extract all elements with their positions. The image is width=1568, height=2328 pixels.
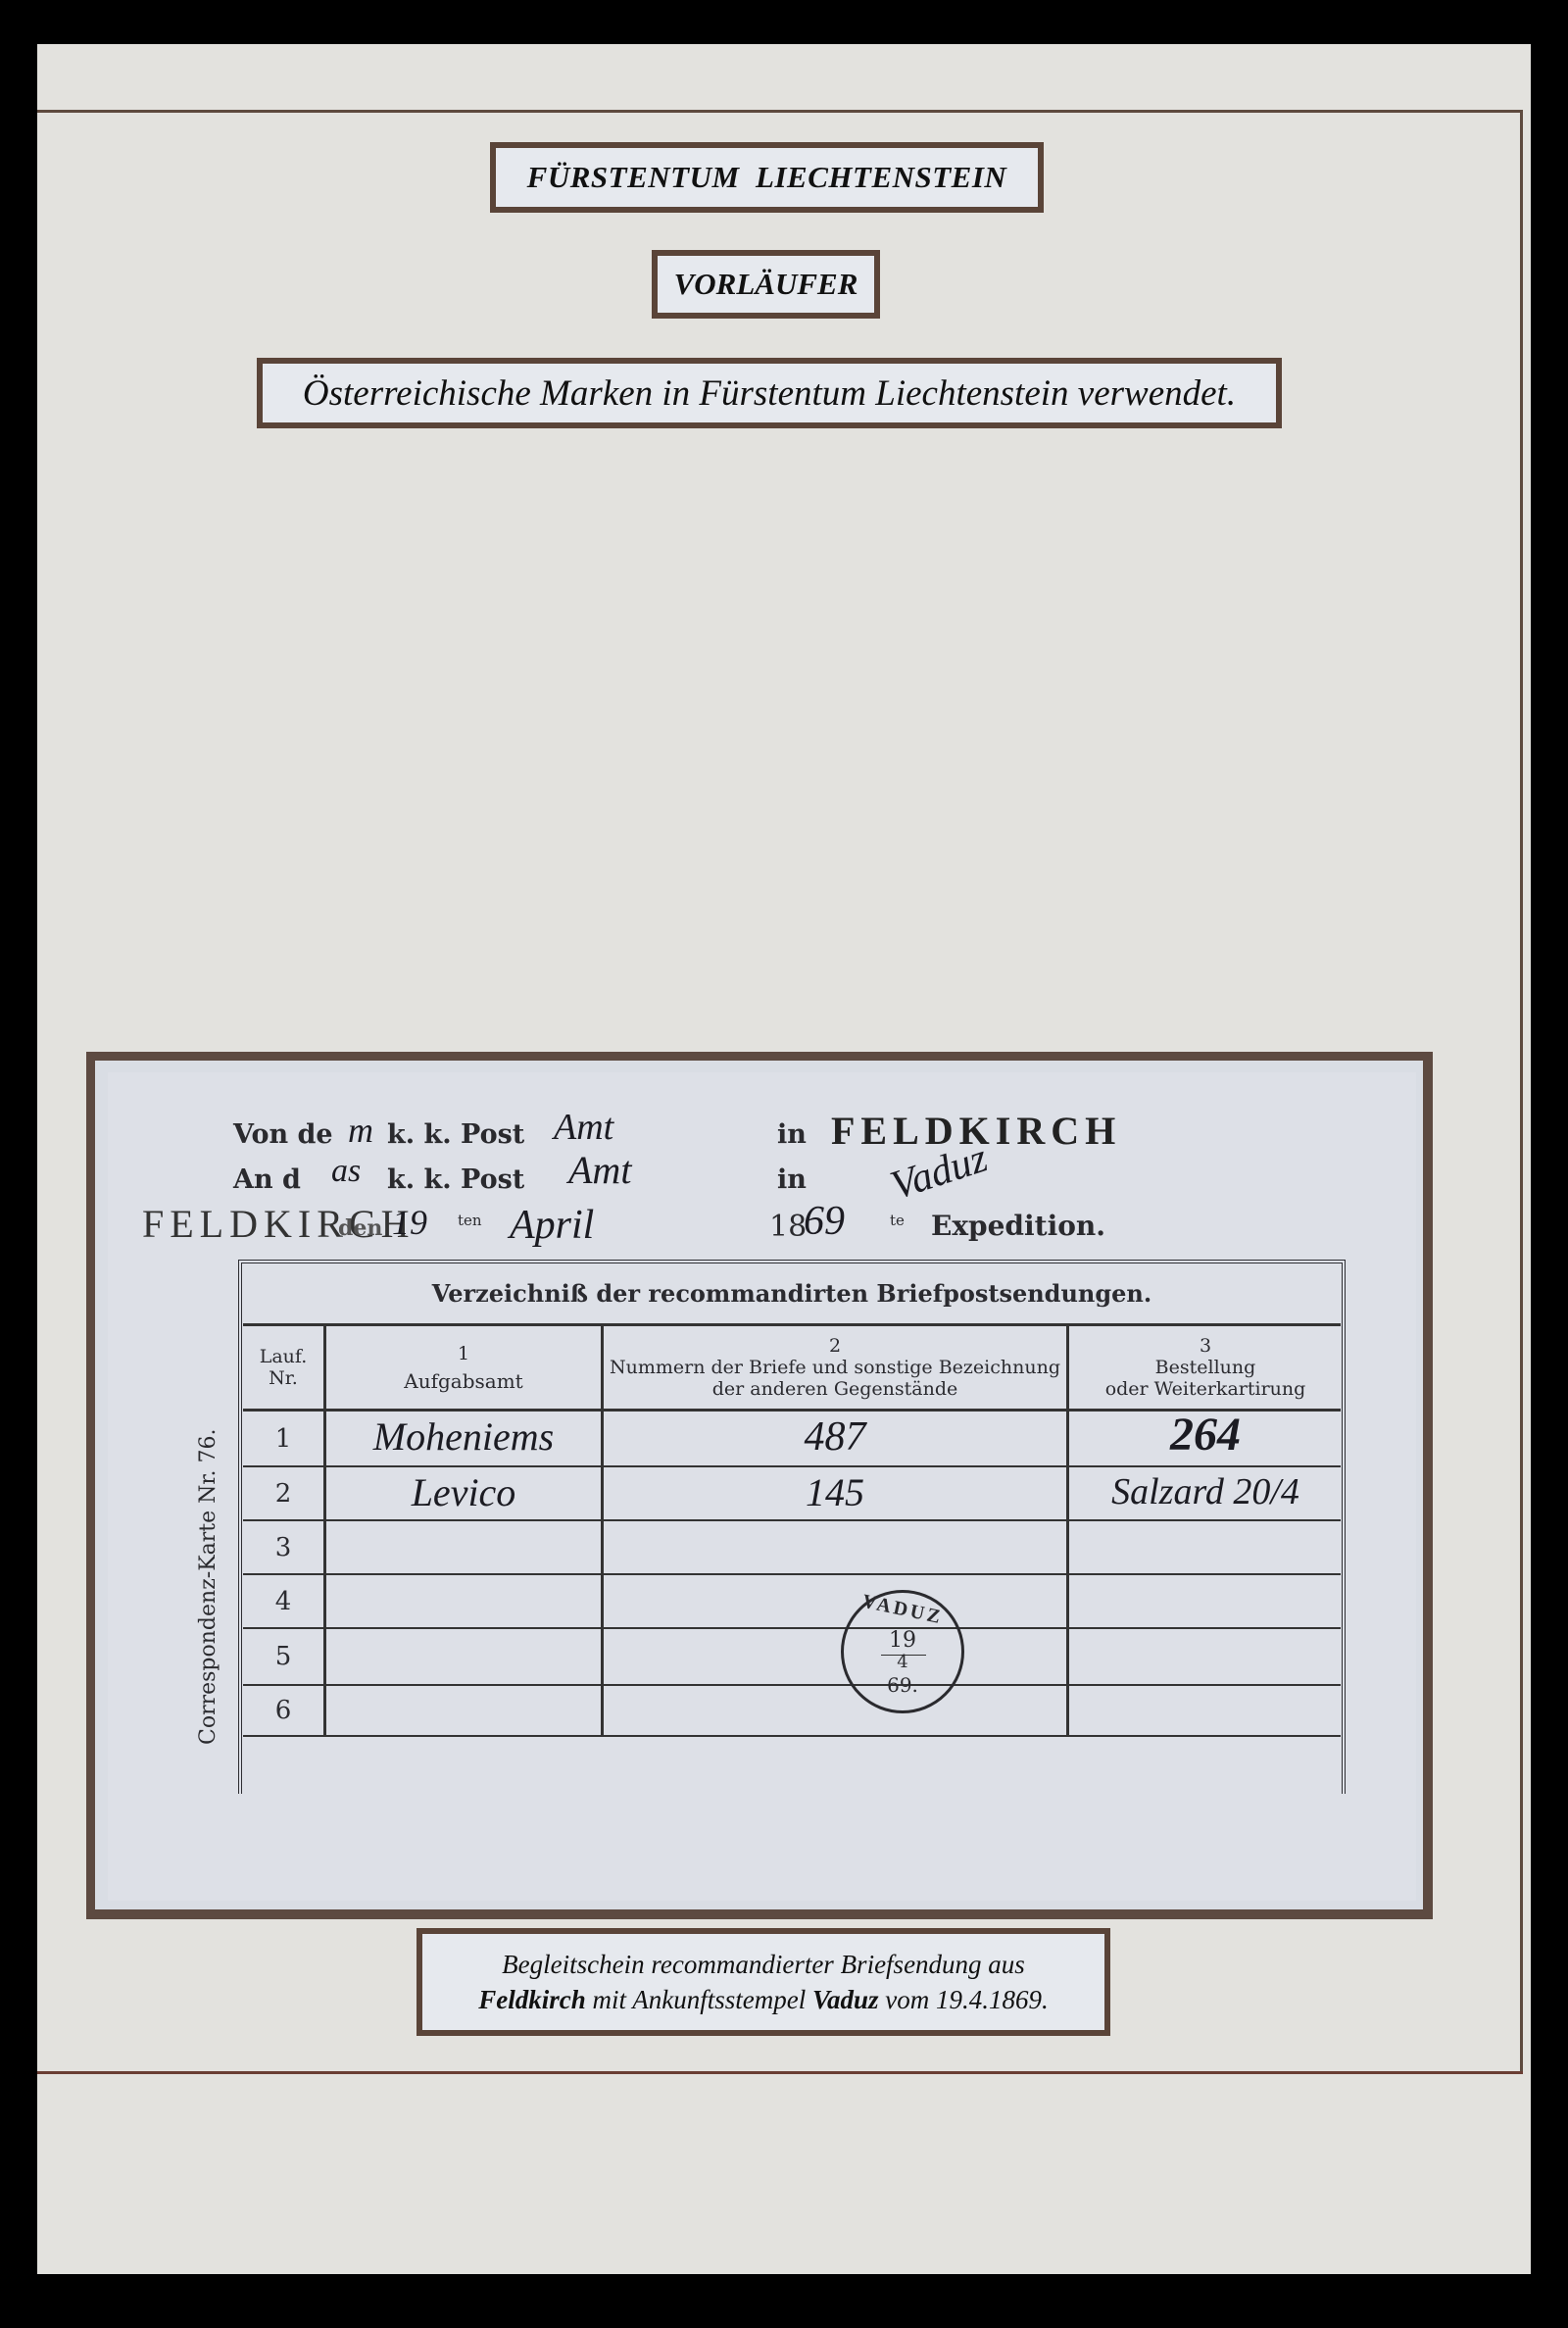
caption-place-to: Vaduz (812, 1985, 879, 2014)
header-year-prefix: 18 (769, 1210, 807, 1244)
header-te: te (890, 1212, 905, 1229)
header-hand-m: m (348, 1110, 373, 1151)
section-label-text: VORLÄUFER (674, 267, 858, 302)
column-number-2: 2 (829, 1335, 841, 1357)
header-in-2: in (777, 1164, 807, 1195)
row-rule-6 (243, 1735, 1341, 1737)
table-row-5-nr: 5 (243, 1629, 323, 1684)
side-label: Correspondenz-Karte Nr. 76. (196, 1429, 220, 1745)
header-hand-month: April (510, 1202, 594, 1249)
column-number-3: 3 (1200, 1335, 1211, 1357)
caption-date: vom 19.4.1869. (879, 1985, 1049, 2014)
table-row-1-nummer: 487 (604, 1408, 1066, 1465)
table-row-2-nummer: 145 (604, 1465, 1066, 1519)
caption-label: Begleitschein recommandierter Briefsendu… (416, 1928, 1110, 2036)
header-hand-amt-1: Amt (554, 1106, 613, 1149)
page-title: FÜRSTENTUM LIECHTENSTEIN (490, 142, 1044, 213)
header-hand-year: 69 (804, 1198, 845, 1245)
subtitle-text: Österreichische Marken in Fürstentum Lie… (303, 372, 1236, 415)
header-hand-day: 19 (392, 1202, 427, 1243)
column-header-2: 2 Nummern der Briefe und sonstige Bezeic… (604, 1325, 1066, 1409)
page-title-text: FÜRSTENTUM LIECHTENSTEIN (527, 160, 1007, 195)
frame-line-bottom (37, 2071, 1523, 2074)
postmark-day: 19 (844, 1628, 961, 1653)
header-kk-post-2: k. k. Post (387, 1164, 524, 1195)
table-row-1-bestellung: 264 (1069, 1404, 1342, 1465)
table-row-6-nr: 6 (243, 1686, 323, 1735)
column-rule-1 (323, 1325, 326, 1735)
column-label-2: Nummern der Briefe und sonstige Bezeichn… (610, 1357, 1060, 1400)
table-row-1-nr: 1 (243, 1412, 323, 1465)
column-label-3: Bestellung oder Weiterkartirung (1105, 1357, 1306, 1400)
header-expedition: Expedition. (931, 1210, 1105, 1242)
column-label-1: Aufgabsamt (404, 1370, 522, 1392)
row-rule-2 (243, 1519, 1341, 1521)
row-rule-5 (243, 1684, 1341, 1686)
vaduz-postmark: VADUZ 19 4 69. (841, 1590, 964, 1713)
header-von: Von de (233, 1119, 333, 1150)
table-row-2-bestellung: Salzard 20/4 (1069, 1463, 1342, 1519)
caption-middle: mit Ankunftsstempel (586, 1985, 812, 2014)
caption-line-2: Feldkirch mit Ankunftsstempel Vaduz vom … (478, 1982, 1049, 2017)
header-an: An d (233, 1164, 301, 1195)
caption-line-1: Begleitschein recommandierter Briefsendu… (502, 1947, 1025, 1982)
row-rule-3 (243, 1573, 1341, 1575)
header-den: den (338, 1215, 382, 1241)
column-header-3: 3 Bestellung oder Weiterkartirung (1069, 1325, 1342, 1409)
header-in-1: in (777, 1119, 807, 1150)
column-rule-2 (601, 1325, 604, 1735)
column-header-1: 1 Aufgabsamt (326, 1325, 601, 1409)
frame-line-top (37, 110, 1523, 113)
header-hand-as: as (331, 1153, 361, 1190)
postmark-month: 4 (844, 1652, 961, 1672)
table-title: Verzeichniß der recommandirten Briefpost… (245, 1266, 1339, 1321)
caption-place-from: Feldkirch (478, 1985, 586, 2014)
section-label: VORLÄUFER (652, 250, 880, 319)
header-ten: ten (458, 1212, 482, 1229)
subtitle-label: Österreichische Marken in Fürstentum Lie… (257, 358, 1282, 428)
header-hand-amt-2: Amt (568, 1147, 631, 1193)
postmark-year: 69. (844, 1673, 961, 1697)
table-row-2-nr: 2 (243, 1467, 323, 1519)
column-rule-3 (1066, 1325, 1069, 1735)
table-row-4-nr: 4 (243, 1575, 323, 1627)
frame-line-right (1520, 110, 1523, 2074)
table-row-3-nr: 3 (243, 1521, 323, 1573)
table-row-1-aufgabsamt: Moheniems (326, 1408, 601, 1465)
column-header-lauf-nr: Lauf. Nr. (243, 1325, 323, 1409)
row-rule-4 (243, 1627, 1341, 1629)
column-number-1: 1 (458, 1343, 469, 1364)
table-row-2-aufgabsamt: Levico (326, 1465, 601, 1519)
header-kk-post-1: k. k. Post (387, 1119, 524, 1150)
